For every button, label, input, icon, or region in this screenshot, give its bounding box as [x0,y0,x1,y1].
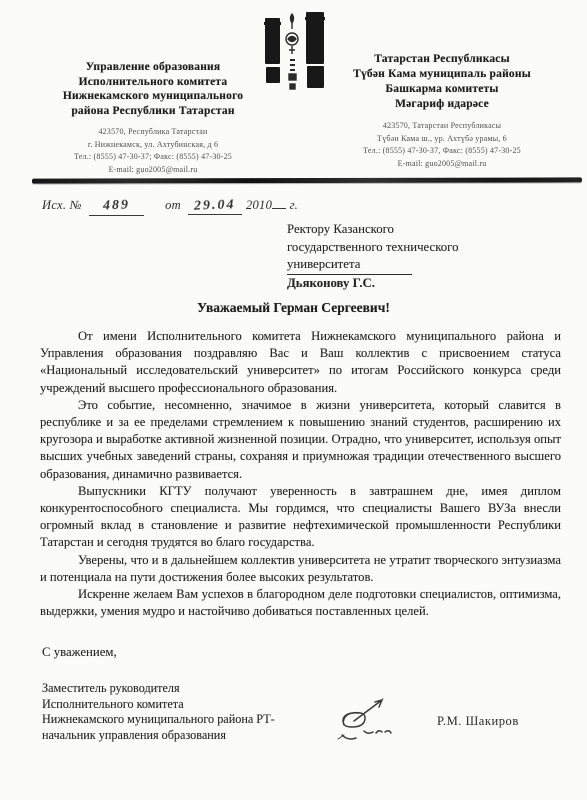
ref-year-suffix: г. [290,198,298,212]
org-name-line: Управление образования [30,60,276,75]
paragraph: Искренне желаем Вам успехов в благородно… [40,586,561,620]
address-line: 423570, Республика Татарстан [30,126,276,139]
paragraph: Выпускники КГТУ получают уверенность в з… [40,483,561,552]
letter-body: От имени Исполнительного комитета Нижнек… [40,328,561,620]
contact-info: 423570, Республика Татарстан г. Нижнекам… [30,126,276,176]
paragraph: Это событие, несомненно, значимое в жизн… [40,397,561,483]
org-name-line: района Республики Татарстан [30,104,276,119]
salutation: Уважаемый Герман Сергеевич! [0,300,587,316]
outgoing-ref-line: Исх. № 489 от 29.042010 г. [42,198,298,216]
org-name-line: Түбән Кама муниципаль районы [319,67,565,82]
address-line: г. Нижнекамск, ул. Ахтубинская, д 6 [30,139,276,152]
handwritten-signature [330,695,425,755]
recipient-line: Ректору Казанского [287,221,527,239]
org-name-line: Башкарма комитеты [319,82,565,97]
signer-title-line: Нижнекамского муниципального района РТ- [42,712,362,728]
recipient-line: государственного технического [287,239,527,257]
handwritten-ref-number: 489 [103,198,131,215]
signer-title-block: Заместитель руководителя Исполнительного… [42,681,362,743]
handwritten-date: 29.04 [194,197,236,214]
recipient-block: Ректору Казанского государственного техн… [287,221,527,292]
recipient-name: Дьяконову Г.С. [287,275,527,293]
org-name-line: Исполнительного комитета [30,75,276,90]
scanned-letter-page: Управление образования Исполнительного к… [0,0,587,800]
address-line: Түбән Кама ш., ур. Ахтүбә урамы, 6 [319,133,565,146]
signer-title-line: начальник управления образования [42,728,362,744]
address-line: 423570, Татарстан Республикасы [319,120,565,133]
email-line: E-mail: guo2005@mail.ru [319,158,565,171]
signer-title-line: Исполнительного комитета [42,697,362,713]
phone-fax-line: Тел.: (8555) 47-30-37, Факс: (8555) 47-3… [319,145,565,158]
paragraph: Уверены, что и в дальнейшем коллектив ун… [40,552,561,586]
ref-prefix: Исх. № [42,198,82,212]
contact-info: 423570, Татарстан Республикасы Түбән Кам… [319,120,565,170]
phone-fax-line: Тел.: (8555) 47-30-37; Факс: (8555) 47-3… [30,151,276,164]
recipient-line-underlined: университета [287,256,412,275]
org-name-line: Нижнекамского муниципального [30,89,276,104]
signer-title-line: Заместитель руководителя [42,681,362,697]
org-name-line: Мәгариф идарәсе [319,97,565,112]
letterhead-russian-block: Управление образования Исполнительного к… [30,48,276,176]
paragraph: От имени Исполнительного комитета Нижнек… [40,328,561,397]
coat-of-arms-icon [262,8,328,102]
letterhead-divider [32,177,582,183]
ref-year: 2010 [246,198,272,212]
ref-from-word: от [165,198,181,212]
org-name-line: Татарстан Республикасы [319,52,565,67]
closing-phrase: С уважением, [42,645,117,660]
email-line: E-mail: guo2005@mail.ru [30,164,276,177]
letterhead-tatar-block: Татарстан Республикасы Түбән Кама муници… [319,48,565,176]
signer-name: Р.М. Шакиров [437,714,519,729]
